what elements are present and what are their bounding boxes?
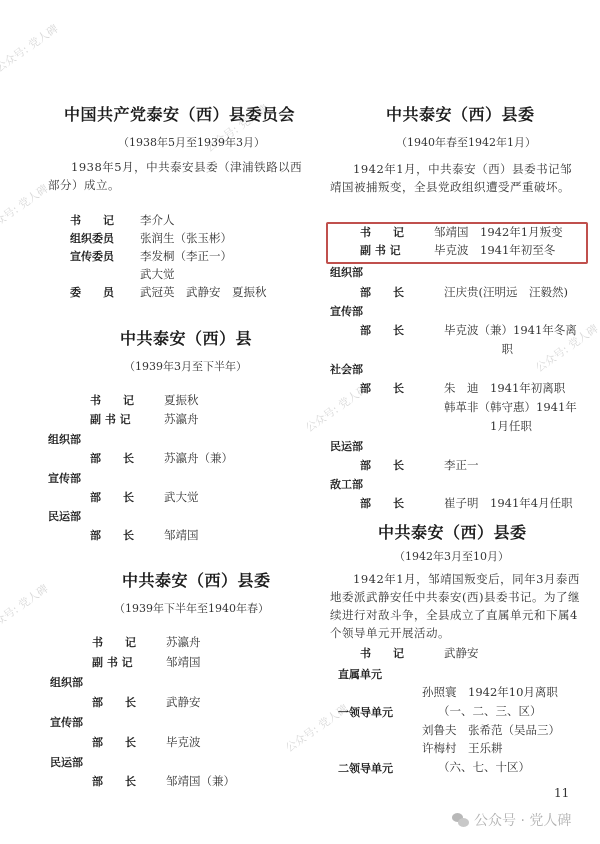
member-row: 部 长邹靖国（兼）	[92, 773, 235, 789]
member-row: 孙照寰 1942年10月离职	[422, 684, 558, 700]
page-number: 11	[554, 786, 569, 800]
department-heading: 宣传部	[48, 470, 81, 486]
member-row: 部 长毕克波	[92, 734, 201, 750]
member-row: 书 记武静安	[360, 645, 479, 661]
member-row: 1月任职	[360, 418, 532, 434]
watermark: 公众号: 党人碑	[0, 180, 51, 235]
department-heading: 民运部	[50, 754, 83, 770]
watermark: 公众号: 党人碑	[0, 580, 51, 635]
unit-heading: 直属单元	[338, 666, 382, 682]
footer-text: 公众号 · 党人碑	[474, 810, 571, 830]
member-row: 书 记苏瀛舟	[92, 634, 201, 650]
member-row: 部 长武大觉	[90, 489, 199, 505]
section-title: 中共泰安（西）县委	[378, 520, 527, 543]
section-period: （1942年3月至10月）	[394, 548, 509, 564]
unit-districts: （一、二、三、区）	[438, 703, 542, 719]
department-heading: 组织部	[50, 674, 83, 690]
unit-heading: 二领导单元	[338, 760, 393, 776]
department-heading: 组织部	[48, 431, 81, 447]
member-row: 部 长崔子明 1941年4月任职	[360, 495, 573, 511]
section-period: （1938年5月至1939年3月）	[118, 134, 265, 150]
department-heading: 社会部	[330, 361, 363, 377]
section-intro: 1938年5月，中共泰安县委（津浦铁路以西部分）成立。	[48, 158, 314, 194]
member-row: 韩革非（韩守惠）1941年	[360, 399, 577, 415]
department-heading: 组织部	[330, 264, 363, 280]
member-row: 许梅村 王乐耕	[422, 740, 503, 756]
watermark: 公众号: 党人碑	[0, 20, 61, 75]
department-heading: 敌工部	[330, 476, 363, 492]
member-row: 部 长朱 迪 1941年初离职	[360, 380, 565, 396]
section-intro: 1942年1月，邹靖国叛变后，同年3月泰西地委派武静安任中共泰安(西)县委书记。…	[330, 570, 582, 642]
member-row: 部 长苏瀛舟（兼）	[90, 450, 233, 466]
section-period: （1940年春至1942年1月）	[396, 134, 536, 150]
member-row: 职	[360, 341, 513, 357]
section-title: 中国共产党泰安（西）县委员会	[64, 102, 295, 125]
unit-heading: 一领导单元	[338, 704, 393, 720]
member-row: 武大觉	[70, 266, 175, 282]
section-title: 中共泰安（西）县委	[386, 102, 535, 125]
member-row: 书 记李介人	[70, 212, 175, 228]
member-row: 部 长汪庆贵(汪明远 汪毅然)	[360, 284, 568, 300]
member-row: 书 记夏振秋	[90, 392, 199, 408]
member-row: 部 长武静安	[92, 694, 201, 710]
section-period: （1939年3月至下半年）	[124, 358, 247, 374]
section-period: （1939年下半年至1940年春）	[114, 600, 269, 616]
footer-watermark: 公众号 · 党人碑	[452, 810, 571, 830]
section-title: 中共泰安（西）县	[120, 326, 252, 349]
section-title: 中共泰安（西）县委	[122, 568, 271, 591]
department-heading: 民运部	[330, 438, 363, 454]
member-row: 部 长毕克波（兼）1941年冬离	[360, 322, 577, 338]
section-intro: 1942年1月，中共泰安（西）县委书记邹靖国被捕叛变，全县党政组织遭受严重破坏。	[330, 160, 580, 196]
department-heading: 民运部	[48, 508, 81, 524]
wechat-icon	[452, 813, 470, 827]
highlighted-member-row: 书 记邹靖国 1942年1月叛变	[360, 224, 563, 240]
member-row: 副 书 记邹靖国	[92, 654, 201, 670]
department-heading: 宣传部	[330, 303, 363, 319]
member-row: 部 长邹靖国	[90, 527, 199, 543]
member-row: 委 员武冠英 武静安 夏振秋	[70, 284, 267, 300]
member-row: 副 书 记苏瀛舟	[90, 411, 199, 427]
member-row: 组织委员张润生（张玉彬）	[70, 230, 232, 246]
unit-districts: （六、七、十区）	[438, 759, 530, 775]
member-row: 刘鲁夫 张希范（吴品三）	[422, 722, 560, 738]
member-row: 部 长李正一	[360, 457, 479, 473]
member-row: 宣传委员李发桐（李正一）	[70, 248, 232, 264]
department-heading: 宣传部	[50, 714, 83, 730]
highlighted-member-row: 副 书 记毕克波 1941年初至冬	[360, 242, 555, 258]
